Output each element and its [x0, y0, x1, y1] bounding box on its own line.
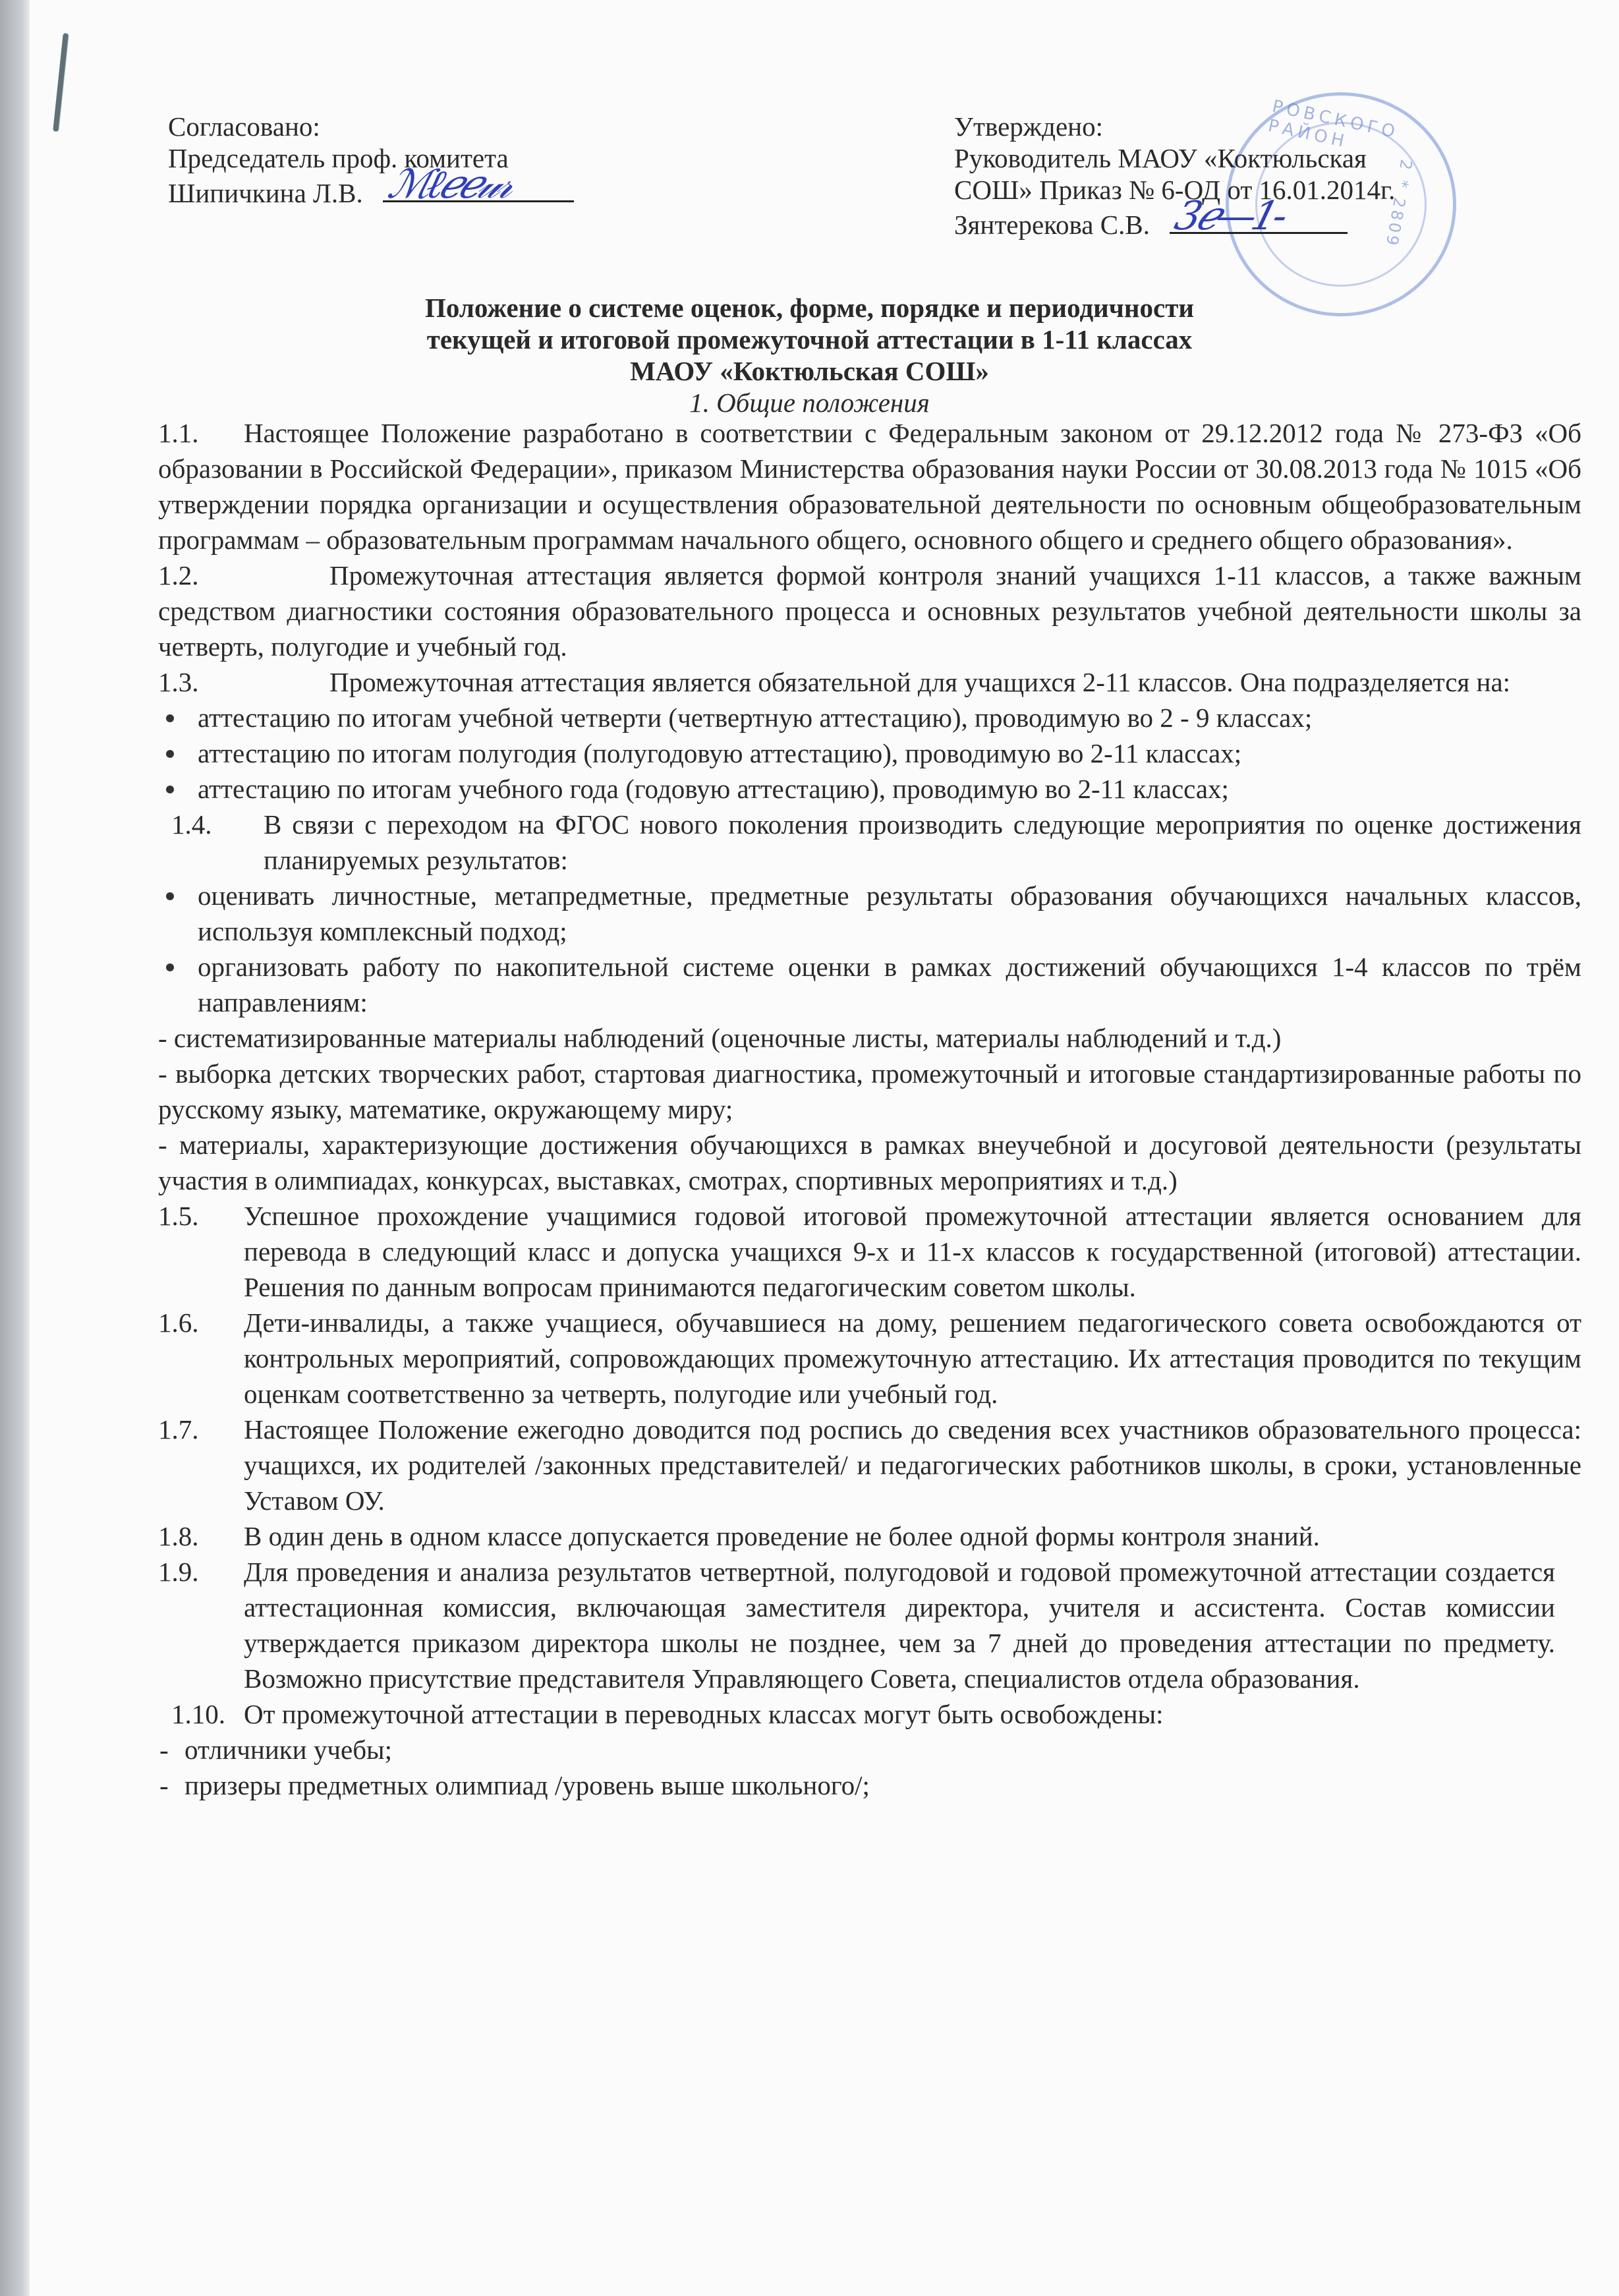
list-item-text: призеры предметных олимпиад /уровень выш… — [185, 1770, 870, 1800]
approved-name: Зянтерекова С.В. — [954, 210, 1150, 240]
clause-1-6: 1.6. Дети-инвалиды, а также учащиеся, об… — [158, 1305, 1581, 1412]
list-item: организовать работу по накопительной сис… — [158, 949, 1581, 1020]
clause-1-1: 1.1. Настоящее Положение разработано в с… — [158, 415, 1581, 558]
signature-line: 3ℯ—1- — [1170, 208, 1348, 234]
list-item: аттестацию по итогам учебной четверти (ч… — [158, 700, 1581, 735]
signature-line: ℳℓℯℯ𝓊𝓇 — [383, 177, 574, 202]
approved-label: Утверждено: — [954, 113, 1395, 145]
document-title: Положение о системе оценок, форме, поряд… — [0, 292, 1619, 418]
clause-number: 1.3. — [158, 664, 199, 700]
list-item: - отличники учебы; — [158, 1732, 1581, 1767]
clause-number: 1.8. — [158, 1518, 199, 1554]
clause-1-7: 1.7. Настоящее Положение ежегодно доводи… — [158, 1412, 1581, 1518]
list-item: - выборка детских творческих работ, стар… — [158, 1056, 1581, 1127]
list-item-text: отличники учебы; — [185, 1735, 392, 1765]
signature-icon: 3ℯ—1- — [1171, 196, 1288, 236]
list-item: аттестацию по итогам полугодия (полугодо… — [158, 735, 1581, 771]
approval-block-approved: Утверждено: Руководитель МАОУ «Коктюльск… — [954, 113, 1395, 240]
list-item: оценивать личностные, метапредметные, пр… — [158, 878, 1581, 949]
title-line-2: текущей и итоговой промежуточной аттеста… — [0, 324, 1619, 355]
clause-1-5: 1.5. Успешное прохождение учащимися годо… — [158, 1198, 1581, 1305]
list-item: аттестацию по итогам учебного года (годо… — [158, 771, 1581, 807]
clause-text: Для проведения и анализа результатов чет… — [244, 1554, 1555, 1696]
list-item: - призеры предметных олимпиад /уровень в… — [158, 1767, 1581, 1803]
agreed-name-line: Шипичкина Л.В. ℳℓℯℯ𝓊𝓇 — [168, 177, 574, 208]
approved-position-2: СОШ» Приказ № 6-ОД от 16.01.2014г. — [954, 177, 1395, 208]
dash-marker: - — [159, 1732, 169, 1767]
clause-1-10: 1.10. От промежуточной аттестации в пере… — [158, 1696, 1581, 1732]
agreed-name: Шипичкина Л.В. — [168, 178, 363, 208]
clause-text: В связи с переходом на ФГОС нового покол… — [185, 807, 1581, 878]
clause-number: 1.6. — [158, 1305, 199, 1340]
approved-position-1: Руководитель МАОУ «Коктюльская — [954, 145, 1395, 177]
approval-block-agreed: Согласовано: Председатель проф. комитета… — [168, 113, 574, 208]
clause-1-3: 1.3. Промежуточная аттестация является о… — [158, 664, 1581, 700]
clause-text: Успешное прохождение учащимися годовой и… — [244, 1198, 1581, 1305]
clause-1-8: 1.8. В один день в одном классе допускае… — [158, 1518, 1581, 1554]
clause-number: 1.10. — [171, 1696, 225, 1732]
signature-icon: ℳℓℯℯ𝓊𝓇 — [384, 165, 515, 204]
clause-text: Настоящее Положение ежегодно доводится п… — [244, 1412, 1581, 1518]
document-body: 1.1. Настоящее Положение разработано в с… — [158, 415, 1581, 1803]
list-item: - систематизированные материалы наблюден… — [158, 1020, 1581, 1056]
title-line-1: Положение о системе оценок, форме, поряд… — [0, 292, 1619, 324]
clause-1-2: 1.2. Промежуточная аттестация является ф… — [158, 558, 1581, 664]
clause-number: 1.4. — [171, 807, 212, 842]
title-line-3: МАОУ «Коктюльская СОШ» — [0, 355, 1619, 387]
agreed-label: Согласовано: — [168, 113, 574, 145]
clause-number: 1.7. — [158, 1412, 199, 1447]
clause-text: Промежуточная аттестация является формой… — [158, 558, 1581, 664]
dash-marker: - — [159, 1767, 169, 1803]
clause-text: Дети-инвалиды, а также учащиеся, обучавш… — [244, 1305, 1581, 1412]
clause-text: В один день в одном классе допускается п… — [244, 1518, 1581, 1554]
clause-1-4: 1.4. В связи с переходом на ФГОС нового … — [158, 807, 1581, 878]
document-page: РОВСКОГО РАЙОН 2 * 2809 Согласовано: Пре… — [0, 0, 1619, 2296]
clause-text: Настоящее Положение разработано в соотве… — [158, 415, 1581, 558]
section-heading: 1. Общие положения — [0, 387, 1619, 418]
clause-number: 1.1. — [158, 415, 199, 451]
clause-number: 1.5. — [158, 1198, 199, 1234]
clause-text: От промежуточной аттестации в переводных… — [244, 1696, 1581, 1732]
clause-number: 1.9. — [158, 1554, 199, 1590]
approved-name-line: Зянтерекова С.В. 3ℯ—1- — [954, 208, 1395, 240]
list-item: - материалы, характеризующие достижения … — [158, 1127, 1581, 1198]
clause-number: 1.2. — [158, 558, 199, 593]
clause-1-9: 1.9. Для проведения и анализа результато… — [158, 1554, 1581, 1696]
clause-text: Промежуточная аттестация является обязат… — [158, 664, 1581, 700]
